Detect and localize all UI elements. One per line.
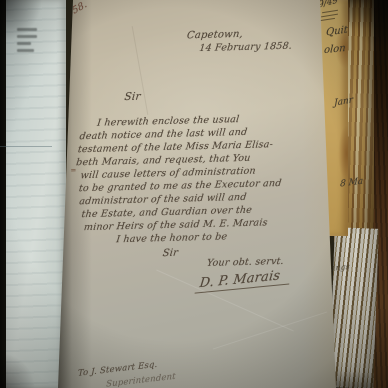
stacked-page-edges-bottom	[329, 227, 379, 388]
letter-date: 14 February 1858.	[199, 41, 293, 54]
facing-page	[6, 0, 66, 388]
letter-body-line: I have the honor to be	[116, 230, 228, 246]
archival-letter-photo: 9/49 Quit olon Janr 8 Ma kings 1858. Cap…	[0, 0, 388, 388]
letter-signature: D. P. Marais	[195, 267, 291, 293]
letter-place: Capetown,	[186, 29, 243, 42]
edge-text-fragment: olon	[324, 43, 346, 56]
facing-page-crease	[0, 146, 52, 147]
printed-stamp-smudge	[15, 26, 41, 56]
closing-sir: Sir	[162, 248, 179, 259]
letter-salutation: Sir	[124, 91, 142, 103]
letter-valediction: Your obt. servt.	[206, 256, 284, 269]
